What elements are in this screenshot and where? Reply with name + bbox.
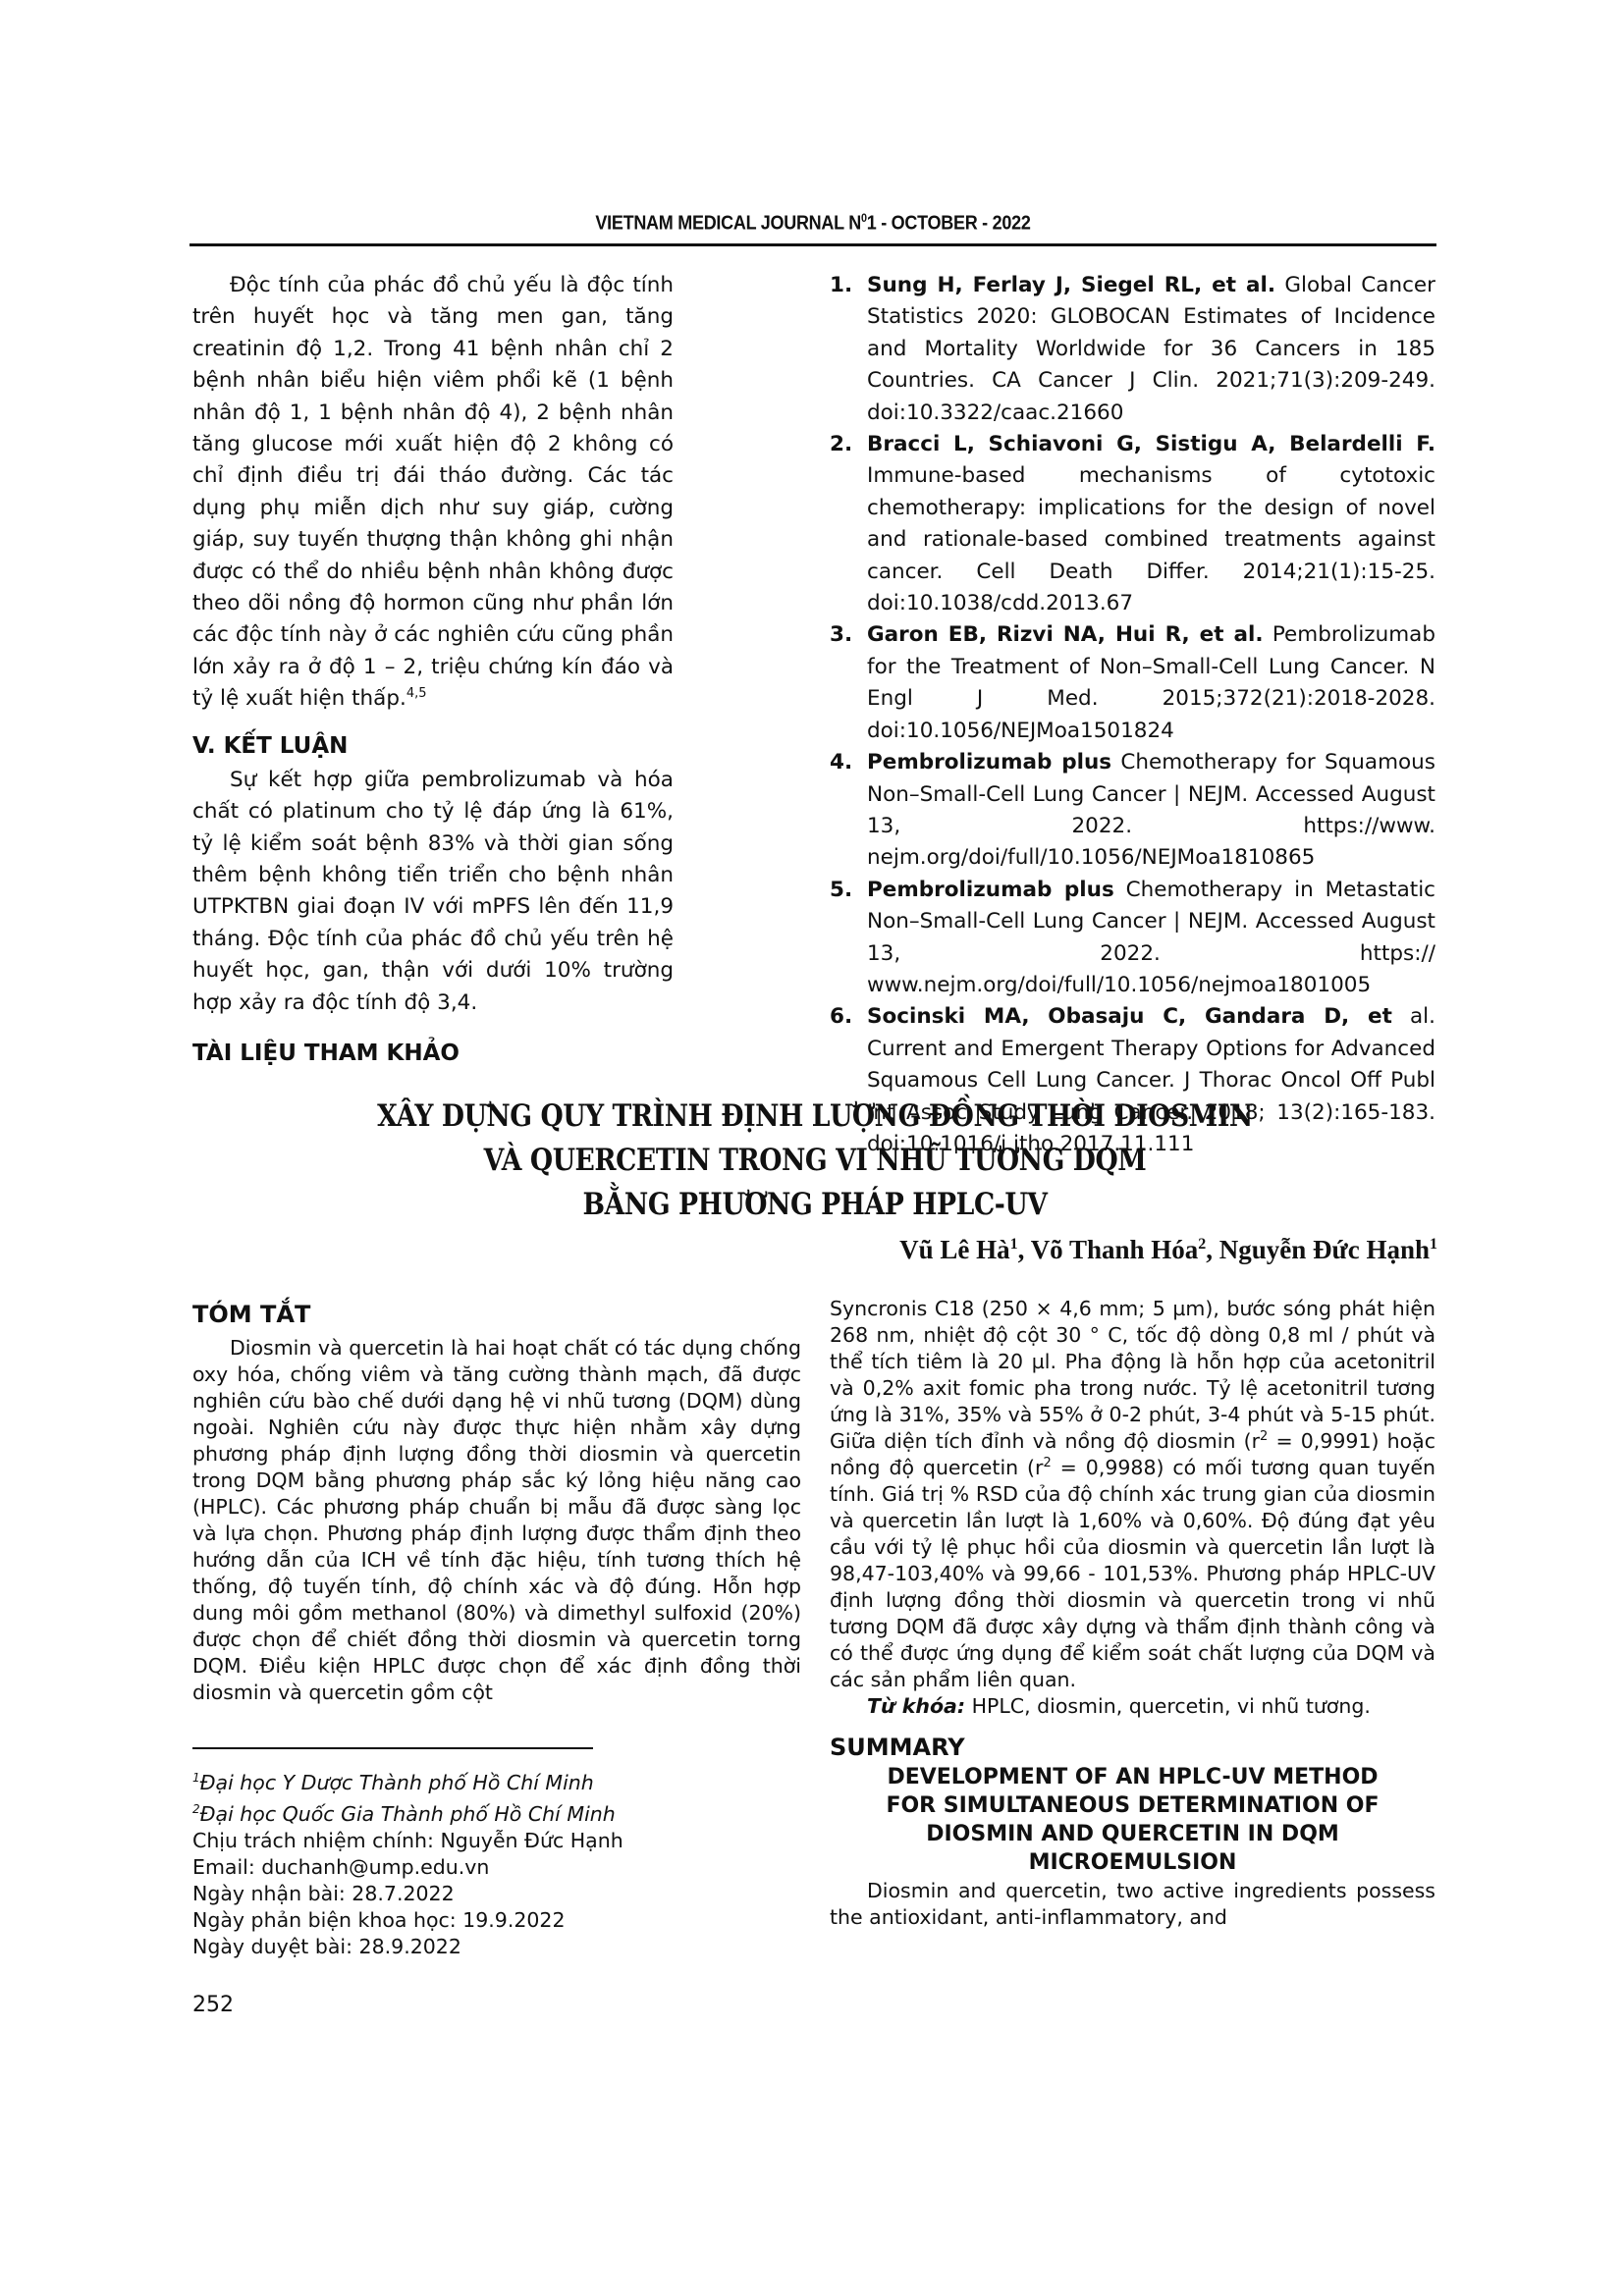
journal-page: VIETNAM MEDICAL JOURNAL N01 - OCTOBER - … [0, 0, 1624, 2296]
reference-text: Immune-based mechanisms of cytotoxic che… [867, 463, 1435, 615]
affiliation-marker: 1 [1430, 1236, 1437, 1253]
conclusion-paragraph: Sự kết hợp giữa pembrolizumab và hóa chấ… [192, 765, 674, 1019]
author-list: Vũ Lê Hà1, Võ Thanh Hóa2, Nguyễn Đức Hạn… [899, 1235, 1437, 1265]
keywords-list: HPLC, diosmin, quercetin, vi nhũ tương. [965, 1694, 1371, 1718]
references-list-column: 1.Sung H, Ferlay J, Siegel RL, et al. Gl… [830, 270, 1435, 1160]
reference-authors: Socinski MA, Obasaju C, Gandara D, et [867, 1004, 1392, 1029]
abstract-heading: TÓM TẮT [192, 1298, 801, 1331]
affiliation-1: 1Đại học Y Dược Thành phố Hồ Chí Minh [192, 1765, 801, 1796]
reference-item: 1.Sung H, Ferlay J, Siegel RL, et al. Gl… [830, 270, 1435, 429]
citation-superscript: 4,5 [406, 686, 427, 701]
abstract-right-column: Syncronis C18 (250 × 4,6 mm; 5 µm), bước… [830, 1296, 1435, 1931]
references-heading: TÀI LIỆU THAM KHẢO [192, 1037, 674, 1070]
email: Email: duchanh@ump.edu.vn [192, 1854, 801, 1881]
affiliation-marker: 1 [1010, 1236, 1018, 1253]
abstract-left-column: TÓM TẮT Diosmin và quercetin là hai hoạt… [192, 1298, 801, 1960]
title-line: XÂY DỰNG QUY TRÌNH ĐỊNH LƯỢNG ĐỒNG THỜI … [283, 1095, 1347, 1139]
title-line: VÀ QUERCETIN TRONG VI NHŨ TƯƠNG DQM [283, 1139, 1347, 1183]
summary-paragraph: Diosmin and quercetin, two active ingred… [830, 1878, 1435, 1931]
abstract-continuation: Syncronis C18 (250 × 4,6 mm; 5 µm), bước… [830, 1296, 1435, 1693]
page-number: 252 [192, 1993, 234, 2017]
reference-authors: Garon EB, Rizvi NA, Hui R, et al. [867, 622, 1264, 647]
reference-authors: Bracci L, Schiavoni G, Sistigu A, Belard… [867, 432, 1435, 456]
reference-item: 3.Garon EB, Rizvi NA, Hui R, et al. Pemb… [830, 619, 1435, 747]
reference-authors: Sung H, Ferlay J, Siegel RL, et al. [867, 273, 1275, 297]
reference-item: 5.Pembrolizumab plus Chemotherapy in Met… [830, 875, 1435, 1002]
summary-heading: SUMMARY [830, 1732, 1435, 1763]
discussion-paragraph: Độc tính của phác đồ chủ yếu là độc tính… [192, 270, 674, 716]
affiliation-2: 2Đại học Quốc Gia Thành phố Hồ Chí Minh [192, 1796, 801, 1828]
references-list: 1.Sung H, Ferlay J, Siegel RL, et al. Gl… [830, 270, 1435, 1160]
footnotes: 1Đại học Y Dược Thành phố Hồ Chí Minh 2Đ… [192, 1765, 801, 1960]
footnote-rule [192, 1747, 593, 1749]
reference-item: 4.Pembrolizumab plus Chemotherapy for Sq… [830, 747, 1435, 875]
english-title: DEVELOPMENT OF AN HPLC-UV METHOD FOR SIM… [830, 1763, 1435, 1877]
reference-item: 2.Bracci L, Schiavoni G, Sistigu A, Bela… [830, 429, 1435, 619]
header-rule [189, 243, 1436, 246]
reference-authors: Pembrolizumab plus [867, 878, 1114, 902]
article-title: XÂY DỰNG QUY TRÌNH ĐỊNH LƯỢNG ĐỒNG THỜI … [283, 1095, 1347, 1227]
keywords-label: Từ khóa: [867, 1694, 965, 1718]
previous-article-left-column: Độc tính của phác đồ chủ yếu là độc tính… [192, 270, 674, 1072]
issue-date: 1 - OCTOBER - 2022 [867, 213, 1031, 235]
reviewed-date: Ngày phản biện khoa học: 19.9.2022 [192, 1907, 801, 1934]
corresponding-author: Chịu trách nhiệm chính: Nguyễn Đức Hạnh [192, 1828, 801, 1854]
keywords: Từ khóa: HPLC, diosmin, quercetin, vi nh… [830, 1693, 1435, 1720]
conclusion-heading: V. KẾT LUẬN [192, 729, 674, 763]
running-header: VIETNAM MEDICAL JOURNAL N01 - OCTOBER - … [252, 211, 1375, 236]
author-name: Nguyễn Đức Hạnh [1219, 1235, 1430, 1264]
reference-authors: Pembrolizumab plus [867, 750, 1111, 774]
abstract-paragraph: Diosmin và quercetin là hai hoạt chất có… [192, 1335, 801, 1706]
title-line: BẰNG PHƯƠNG PHÁP HPLC-UV [283, 1183, 1347, 1227]
author-name: Vũ Lê Hà [899, 1235, 1010, 1264]
journal-name: VIETNAM MEDICAL JOURNAL N [595, 213, 861, 235]
accepted-date: Ngày duyệt bài: 28.9.2022 [192, 1934, 801, 1960]
received-date: Ngày nhận bài: 28.7.2022 [192, 1881, 801, 1907]
author-name: Võ Thanh Hóa [1031, 1235, 1199, 1264]
